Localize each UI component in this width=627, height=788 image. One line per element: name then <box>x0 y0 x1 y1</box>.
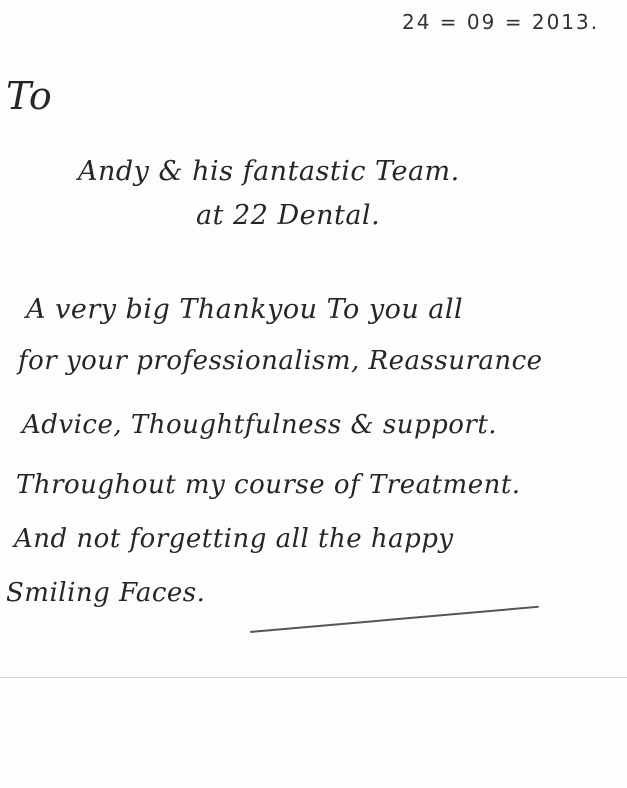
body-line-6: Smiling Faces. <box>6 578 205 608</box>
body-line-5: And not forgetting all the happy <box>14 524 454 554</box>
recipient-line-2: at 22 Dental. <box>196 200 380 231</box>
body-line-2: for your professionalism, Reassurance <box>18 346 543 376</box>
salutation: To <box>6 74 52 118</box>
signature-line <box>250 606 539 633</box>
body-line-3: Advice, Thoughtfulness & support. <box>22 410 497 440</box>
body-line-1: A very big Thankyou To you all <box>26 294 463 325</box>
scan-artifact-divider <box>0 677 627 678</box>
letter-date: 24 = 09 = 2013. <box>402 10 599 34</box>
recipient-line-1: Andy & his fantastic Team. <box>78 156 460 187</box>
body-line-4: Throughout my course of Treatment. <box>16 470 521 500</box>
letter-page: 24 = 09 = 2013. To Andy & his fantastic … <box>0 0 627 788</box>
